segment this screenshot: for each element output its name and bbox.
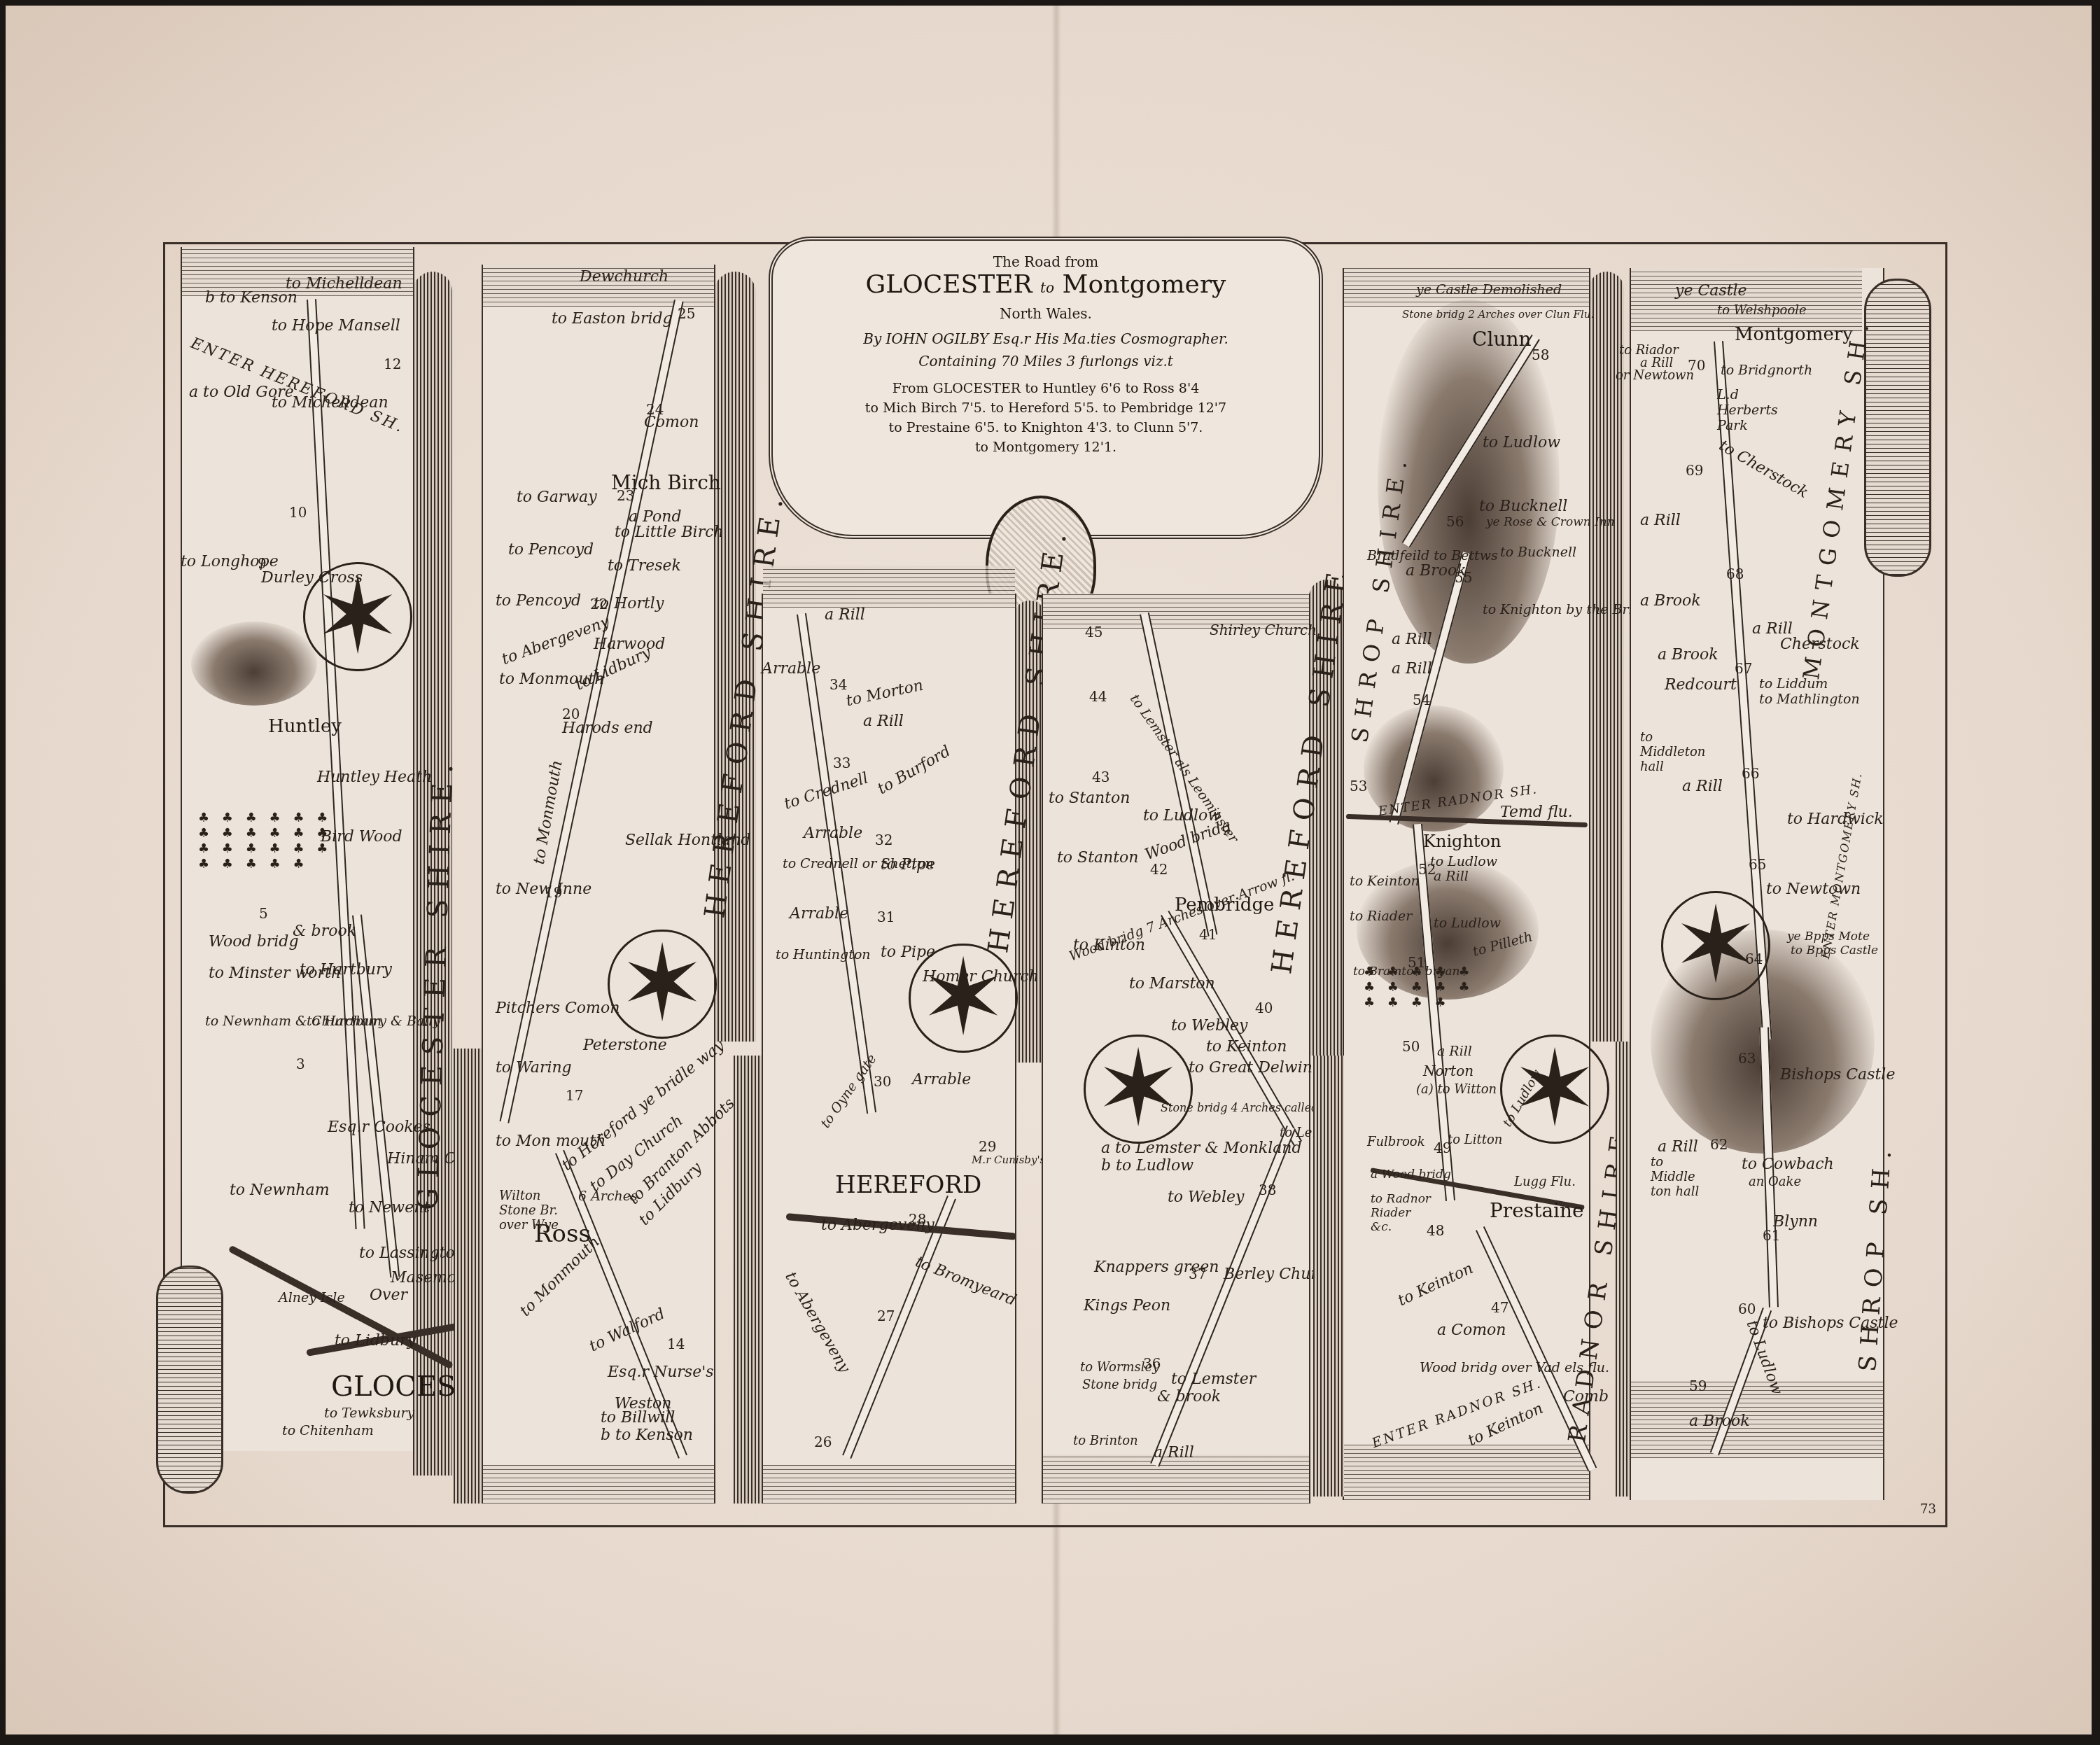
label: a Rill	[1154, 1444, 1194, 1462]
mile-marker: 47	[1491, 1299, 1508, 1316]
town-huntley: Huntley	[268, 716, 342, 737]
label: to Lemster	[1171, 1371, 1256, 1388]
label: a Rill	[825, 606, 865, 624]
label: Alney Isle	[279, 1290, 345, 1305]
label: Over	[370, 1287, 407, 1304]
label: to Chitenham	[282, 1423, 374, 1438]
mile-marker: 68	[1726, 566, 1744, 582]
compass-rose-icon	[608, 930, 717, 1039]
stage-line-3: to Prestaine 6'5. to Knighton 4'3. to Cl…	[773, 420, 1319, 435]
compass-rose-icon	[1661, 891, 1770, 1000]
mile-marker: 62	[1710, 1136, 1728, 1153]
label: ye Rose & Crown Inn	[1486, 515, 1615, 529]
strip-3-top-curl	[763, 566, 1015, 608]
label: to Lidbury	[335, 1332, 416, 1350]
label: & brook	[1157, 1388, 1221, 1406]
label: Bird Wood	[321, 828, 402, 846]
label: to Brinton	[1073, 1434, 1138, 1448]
label: to Mathlington	[1759, 692, 1860, 707]
mile-marker: 48	[1427, 1222, 1444, 1239]
author-line: By IOHN OGILBY Esq.r His Ma.ties Cosmogr…	[773, 330, 1319, 347]
map-sheet: ♣ ♣ ♣ ♣ ♣ ♣♣ ♣ ♣ ♣ ♣ ♣♣ ♣ ♣ ♣ ♣ ♣♣ ♣ ♣ ♣…	[6, 6, 2092, 1735]
label: Stone bridg 2 Arches over Clun Flu.	[1402, 308, 1594, 321]
mile-marker: 33	[833, 755, 850, 771]
mile-marker: 55	[1455, 569, 1472, 586]
title-to: to	[1040, 279, 1054, 296]
label: Arrable	[804, 825, 862, 842]
mile-marker: 52	[1418, 861, 1436, 878]
label: Arrable	[790, 905, 848, 923]
label: (a) to Witton	[1416, 1082, 1497, 1097]
strip-1-bottom-scroll	[156, 1266, 223, 1494]
stage-line-1: From GLOCESTER to Huntley 6'6 to Ross 8'…	[773, 381, 1319, 396]
mile-marker: 20	[562, 706, 580, 722]
label: Peterstone	[583, 1037, 667, 1054]
label: Durley Cross	[261, 569, 363, 587]
label: to Bucknell	[1500, 545, 1576, 560]
label: to New Inne	[496, 881, 591, 898]
mile-marker: 50	[1402, 1038, 1420, 1055]
label: ye Castle	[1675, 282, 1747, 300]
label: & brook	[293, 923, 356, 940]
mile-marker: 41	[1199, 926, 1217, 943]
label: to Keinton	[1350, 874, 1420, 889]
label: Wood bridg	[209, 933, 299, 951]
mile-marker: 67	[1735, 660, 1752, 677]
strip-6-top-curl	[1631, 268, 1862, 331]
label: to Middle ton hall	[1651, 1155, 1707, 1199]
label: to Pencoyd	[496, 592, 581, 610]
label: to Newtown	[1766, 881, 1861, 898]
label: Harwood	[594, 636, 665, 653]
label: a Comon	[1437, 1322, 1506, 1339]
label: to Stanton	[1057, 849, 1139, 867]
label: a Wood bridg	[1371, 1168, 1451, 1182]
mile-marker: 49	[1434, 1140, 1451, 1156]
strip-5-bottom-curl	[1344, 1444, 1589, 1500]
label: to Litton	[1448, 1133, 1502, 1147]
label: to Bucknell	[1479, 498, 1567, 515]
label: a Rill	[1658, 1138, 1698, 1156]
mile-marker: 63	[1738, 1050, 1756, 1067]
label: to Huntington	[776, 947, 871, 962]
mile-marker: 31	[877, 909, 895, 925]
hill-icon	[191, 622, 317, 706]
mile-marker: 59	[1689, 1378, 1707, 1394]
label: to Billwill	[601, 1409, 675, 1427]
label: to Tresek	[608, 557, 681, 575]
mile-marker: 9	[258, 555, 267, 572]
label: to Marston	[1129, 975, 1215, 993]
label: to Easton bridg	[552, 310, 673, 328]
mile-marker: 17	[566, 1087, 583, 1104]
label: Kings Peon	[1084, 1297, 1170, 1315]
strip-4-bottom-curl	[1043, 1455, 1309, 1504]
label: to Knighton by the Bridg	[1483, 602, 1650, 617]
label: to Michelldean	[272, 394, 388, 412]
mile-marker: 12	[384, 356, 401, 372]
title-cartouche: The Road from GLOCESTER to Montgomery No…	[769, 237, 1323, 539]
label: Pitchers Comon	[496, 1000, 619, 1017]
label: a Brook	[1640, 592, 1701, 610]
strip-6-bottom-curl	[1631, 1381, 1883, 1458]
mile-marker: 53	[1350, 778, 1367, 794]
stage-line-4: to Montgomery 12'1.	[773, 440, 1319, 455]
label: to Bpps Castle	[1791, 944, 1878, 958]
stage-line-2: to Mich Birch 7'5. to Hereford 5'5. to P…	[773, 400, 1319, 416]
label: to Kinton	[1073, 937, 1145, 954]
strip-3-shadow-left	[734, 1056, 763, 1504]
mile-marker: 58	[1532, 346, 1549, 363]
label: Lugg Flu.	[1514, 1175, 1576, 1189]
label: an Oake	[1749, 1175, 1801, 1189]
label: to Stanton	[1049, 790, 1130, 807]
label: to Welshpoole	[1717, 303, 1807, 318]
label: to Webley	[1171, 1017, 1247, 1035]
label: to Pipe	[881, 944, 935, 961]
mile-marker: 56	[1446, 513, 1464, 530]
town-montgomery: Montgomery	[1735, 324, 1853, 345]
mile-marker: 38	[1259, 1182, 1276, 1198]
label: to Hardwick	[1787, 811, 1884, 828]
mile-marker: 36	[1143, 1355, 1161, 1372]
label: to Waring	[496, 1059, 572, 1077]
town-hereford: HEREFORD	[835, 1171, 981, 1199]
title-line-3: North Wales.	[773, 305, 1319, 322]
label: a to Lemster & Monkland	[1101, 1140, 1302, 1157]
label: to Radnor Riader &c.	[1371, 1192, 1434, 1234]
mile-marker: 43	[1092, 769, 1109, 785]
mile-marker: 28	[909, 1211, 926, 1228]
label: a Brook	[1658, 646, 1718, 664]
town-knighton: Knighton	[1423, 832, 1501, 851]
mile-marker: 44	[1089, 688, 1107, 705]
mile-marker: 61	[1763, 1227, 1780, 1244]
mile-marker: 29	[979, 1138, 996, 1155]
mile-marker: 51	[1408, 954, 1425, 971]
label: Esq.r Nurse's	[608, 1364, 714, 1381]
label: a Rill	[1682, 778, 1723, 795]
mile-marker: 26	[814, 1434, 832, 1450]
mile-marker: 19	[545, 884, 562, 901]
label: to Great Delwin	[1189, 1059, 1312, 1077]
label: to Pipe	[881, 856, 935, 874]
compass-rose-icon	[1084, 1035, 1193, 1144]
label: Norton	[1423, 1063, 1473, 1079]
label: a Rill	[1392, 631, 1432, 648]
label: Huntley Heath	[317, 769, 432, 786]
title-destination: Montgomery	[1063, 270, 1226, 299]
label: Redcourt	[1665, 676, 1737, 694]
label: ye Castle Demolished	[1416, 282, 1562, 297]
label: to Webley	[1168, 1189, 1244, 1206]
strip-2-bottom-curl	[483, 1465, 714, 1504]
length-line: Containing 70 Miles 3 furlongs viz.t	[773, 353, 1319, 370]
mile-marker: 65	[1749, 856, 1766, 873]
town-clunn: Clunn	[1472, 328, 1531, 351]
mile-marker: 69	[1686, 462, 1703, 479]
title-line-1: The Road from	[773, 253, 1319, 270]
mile-marker: 10	[289, 504, 307, 521]
label: Bishops Castle	[1780, 1066, 1895, 1084]
strip-6-shadow-left	[1616, 1042, 1631, 1497]
label: Fulbrook	[1367, 1135, 1425, 1149]
plate-number: 73	[1920, 1502, 1936, 1517]
mile-marker: 34	[829, 676, 847, 693]
mile-marker: 32	[875, 832, 892, 848]
label: to Garway	[517, 489, 597, 506]
label: to Lassington	[359, 1245, 465, 1262]
label: L.d Herberts Park	[1717, 387, 1794, 433]
mile-marker: 66	[1742, 765, 1759, 782]
label: a Rill	[1434, 869, 1469, 884]
mile-marker: 37	[1189, 1266, 1206, 1282]
label: to Pencoyd	[508, 541, 594, 559]
mile-marker: 5	[259, 905, 268, 922]
mile-marker: 30	[874, 1073, 891, 1090]
label: to Tewksbury	[324, 1406, 414, 1421]
title-origin: GLOCESTER	[866, 270, 1032, 299]
title-line-2: GLOCESTER to Montgomery	[773, 270, 1319, 299]
label: to Ludlow	[1483, 434, 1560, 451]
label: a Rill	[1437, 1044, 1472, 1059]
strip-3-bottom-curl	[763, 1465, 1015, 1504]
mile-marker: 45	[1085, 624, 1102, 640]
label: Dewchurch	[580, 268, 668, 286]
label: to Hope Mansell	[272, 317, 400, 335]
mile-marker: 23	[617, 487, 634, 504]
label: Shirley Church	[1210, 622, 1317, 638]
label: to Ludlow	[1143, 807, 1221, 825]
mile-marker: 42	[1150, 861, 1168, 878]
label: a Rill	[1640, 512, 1681, 529]
mile-marker: 54	[1413, 692, 1430, 708]
compass-rose-icon	[1500, 1035, 1609, 1144]
label: b to Kenson	[601, 1427, 693, 1444]
label: to Keinton	[1206, 1038, 1287, 1056]
label: a Brook	[1689, 1413, 1750, 1430]
label: Arrable	[762, 660, 820, 678]
label: to Cowbach	[1742, 1156, 1834, 1173]
label: to Ludlow	[1434, 916, 1501, 931]
town-prestaine: Prestaine	[1490, 1199, 1584, 1222]
mile-marker: 22	[590, 596, 608, 612]
label: Arrable	[912, 1071, 971, 1088]
mile-marker: 64	[1745, 951, 1763, 967]
label: to Middleton hall	[1640, 730, 1710, 774]
mile-marker: 60	[1738, 1301, 1756, 1317]
label: Temd flu.	[1500, 804, 1573, 821]
label: a Rill	[863, 713, 904, 730]
label: to Newnham	[230, 1182, 330, 1199]
strip-2-shadow-left	[454, 1049, 483, 1504]
mile-marker: 24	[646, 401, 664, 418]
label: Homer Church	[923, 968, 1039, 986]
label: Wilton Stone Br. over Wye	[499, 1189, 562, 1233]
mile-marker: 3	[296, 1056, 305, 1072]
mile-marker: 25	[678, 305, 695, 322]
label: to Ludlow	[1430, 854, 1497, 869]
label: 6 Arches	[578, 1189, 638, 1204]
label: or Newtown	[1616, 368, 1694, 383]
mile-marker: 40	[1255, 1000, 1273, 1016]
mile-marker: 27	[877, 1308, 895, 1324]
label: to Michelldean	[286, 275, 402, 293]
label: to Bramton bryan	[1353, 965, 1459, 979]
label: to Riader	[1350, 909, 1412, 924]
label: to Hartbury	[300, 961, 392, 979]
label: a Rill	[1392, 660, 1432, 678]
label: to Little Birch	[615, 524, 724, 541]
label: Stone bridg	[1082, 1378, 1157, 1392]
strip-5-shadow-left	[1313, 1056, 1344, 1497]
label: b to Kenson	[205, 289, 297, 307]
mile-marker: 14	[667, 1336, 685, 1352]
strip-5-shadow-right	[1589, 272, 1624, 1042]
label: to Bridgnorth	[1721, 363, 1812, 378]
label: b to Ludlow	[1101, 1157, 1193, 1175]
mile-marker: 70	[1688, 357, 1705, 374]
